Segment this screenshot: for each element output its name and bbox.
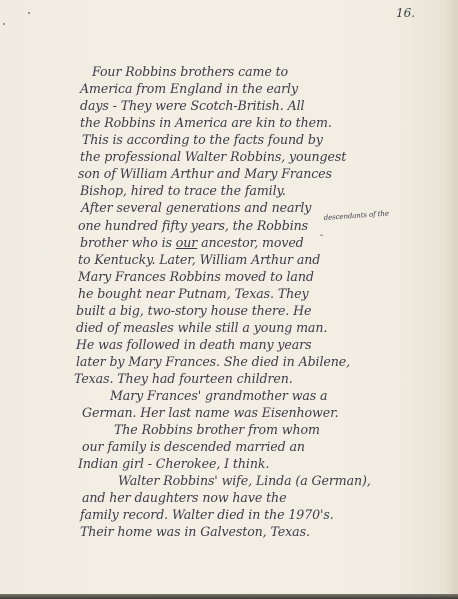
- paper-speck: [3, 23, 5, 25]
- text-line-28: Their home was in Galveston, Texas.: [80, 522, 310, 542]
- page-bottom-edge: [0, 594, 458, 599]
- insertion-caret: ‸: [320, 228, 323, 237]
- paper-speck: [28, 12, 30, 14]
- text-fragment: brother who is: [80, 235, 176, 250]
- underlined-word: our: [176, 235, 197, 250]
- text-fragment: ancestor, moved: [197, 235, 303, 250]
- insertion-note: descendants of the: [323, 209, 389, 222]
- text-line-9: After several generations and nearly: [81, 198, 311, 218]
- document-page: 16. Four Robbins brothers came to Americ…: [0, 0, 458, 594]
- page-number: 16.: [396, 6, 415, 20]
